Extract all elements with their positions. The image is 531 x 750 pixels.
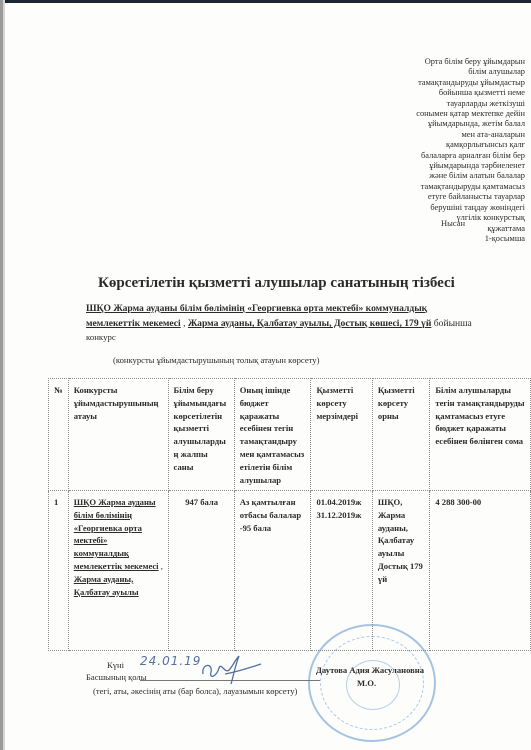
signature-hint: (тегі, аты, әкесінің аты (бар болса), ла… xyxy=(93,686,297,696)
recipients-table: № Конкурсты ұйымдастырушының атауы Білім… xyxy=(48,378,531,651)
signer-name: Даутова Адия Жасулановна xyxy=(316,665,424,675)
header-total-recipients: Білім беру ұйымындағы көрсетілетін қызме… xyxy=(168,379,234,491)
annex-header-block: Орта білім беру ұйымдарын білім алушылар… xyxy=(375,57,525,244)
cell-number: 1 xyxy=(49,491,69,651)
document-title: Көрсетілетін қызметті алушылар санатының… xyxy=(98,275,455,292)
annex-header-line: етуге байланысты тауарлар xyxy=(375,192,525,202)
cell-organizer-sep: , xyxy=(159,561,163,571)
annex-header-line: мен ата-аналарын xyxy=(375,130,525,140)
annex-header-line: тамақтандыруды қамтамасыз xyxy=(375,182,525,192)
cell-organizer-address: Жарма ауданы, Қалбатау ауылы xyxy=(74,574,139,597)
cell-total-recipients: 947 бала xyxy=(168,491,234,651)
organizer-note: (конкурсты ұйымдастырушының толық атауын… xyxy=(113,355,319,365)
annex-header-line: тауарларды жеткізуші xyxy=(375,99,525,109)
scan-edge-left-shadow xyxy=(3,0,5,750)
annex-header-line: білім алушылар xyxy=(375,67,525,77)
form-label: Нысан xyxy=(441,218,465,228)
cell-budget-amount: 4 288 300-00 xyxy=(430,491,531,651)
period-start: 01.04.2019ж xyxy=(316,496,367,509)
annex-header-line: 1-қосымша xyxy=(375,234,525,244)
annex-header-line: бойынша қызметті неме xyxy=(375,88,525,98)
cell-free-meal-recipients: Аз қамтылған отбасы балалар -95 бала xyxy=(234,491,311,651)
header-service-period: Қызметті көрсету мерзімдері xyxy=(311,379,372,491)
handwritten-date: 24.01.19 xyxy=(140,654,201,668)
table-row: 1 ШҚО Жарма ауданы білім бөлімінің «Геор… xyxy=(49,491,531,651)
organizer-line-1: ШҚО Жарма ауданы білім бөлімінің «Георги… xyxy=(86,303,427,314)
handwritten-signature-icon xyxy=(195,652,265,687)
cell-organizer: ШҚО Жарма ауданы білім бөлімінің «Георги… xyxy=(68,491,168,651)
organizer-suffix: бойынша xyxy=(431,318,471,329)
header-free-meal-recipients: Оның ішінде бюджет қаражаты есебінен тег… xyxy=(234,379,311,491)
organizer-name-cont: мемлекеттік мекемесі xyxy=(86,318,181,329)
annex-header-line: балаларға арналған білім бер xyxy=(375,151,525,161)
seal-label: М.О. xyxy=(357,678,376,688)
table-header-row: № Конкурсты ұйымдастырушының атауы Білім… xyxy=(49,379,531,491)
organizer-address: Жарма ауданы, Қалбатау ауылы, Достық көш… xyxy=(188,318,431,329)
annex-header-line: Орта білім беру ұйымдарын xyxy=(375,57,525,67)
organizer-line-2: мемлекеттік мекемесі , Жарма ауданы, Қал… xyxy=(86,318,472,329)
annex-header-line: ұйымдарында тәрбиеленет xyxy=(375,161,525,171)
header-budget-amount: Білім алушыларды тегін тамақтандыруды қа… xyxy=(430,379,531,491)
annex-header-line: және білім алатын балалар xyxy=(375,171,525,181)
annex-header-line: қамқорлығынсыз қалғ xyxy=(375,140,525,150)
cell-organizer-name: ШҚО Жарма ауданы білім бөлімінің «Георги… xyxy=(74,497,159,571)
organizer-line-3: конкурс xyxy=(86,332,116,342)
header-service-location: Қызметті көрсету орны xyxy=(372,379,429,491)
head-signature-label: Басшының қолы xyxy=(86,672,147,682)
annex-header-line: ұйымдарында, жетім балал xyxy=(375,119,525,129)
annex-header-line: тамақтандыруды ұйымдастыр xyxy=(375,78,525,88)
period-end: 31.12.2019ж xyxy=(316,509,367,522)
scan-edge-top xyxy=(0,0,531,3)
header-organizer: Конкурсты ұйымдастырушының атауы xyxy=(68,379,168,491)
annex-header-line: берушіні таңдау жөніндегі xyxy=(375,203,525,213)
header-number: № xyxy=(49,379,69,491)
separator: , xyxy=(181,318,188,329)
organizer-name: ШҚО Жарма ауданы білім бөлімінің «Георги… xyxy=(86,303,427,314)
date-label: Күні xyxy=(107,660,124,670)
annex-header-line: сонымен қатар мектепке дейін xyxy=(375,109,525,119)
